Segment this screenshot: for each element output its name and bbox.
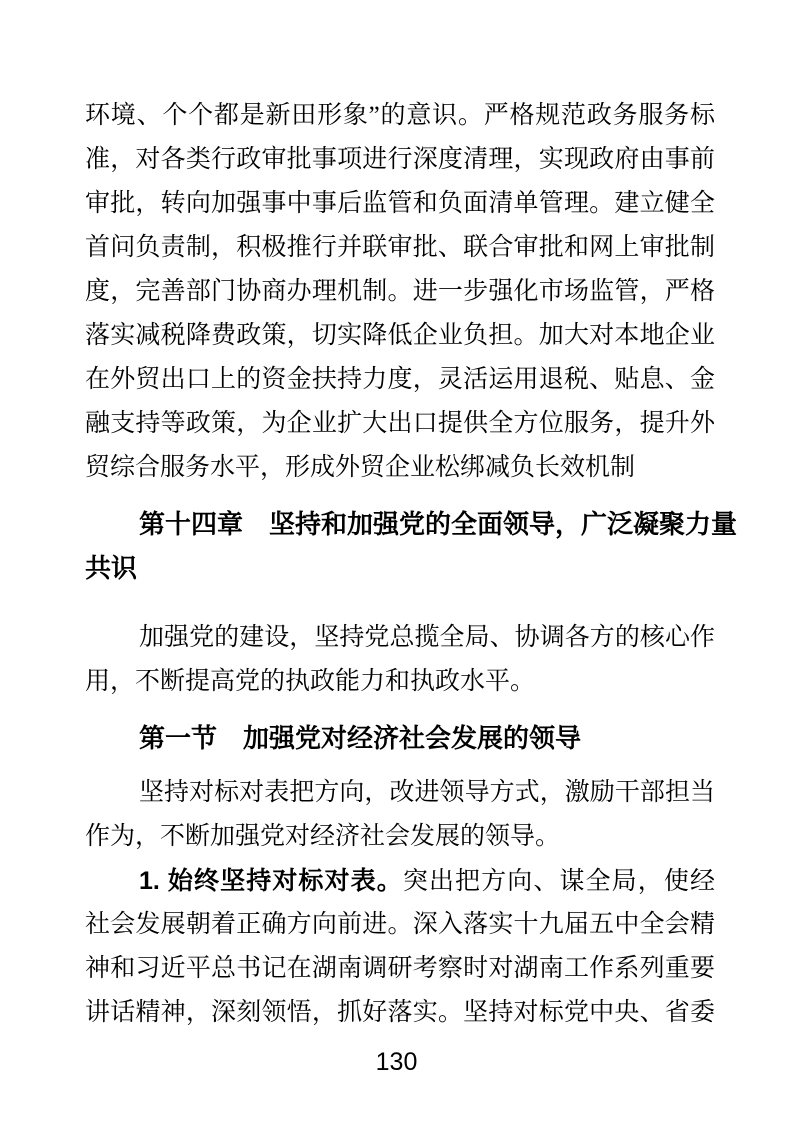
paragraph-leadership: 坚持对标对表把方向，改进领导方式，激励干部担当 作为，不断加强党对经济社会发展的… [85,771,715,859]
text-line: 落实减税降费政策，切实降低企业负担。加大对本地企业 [85,314,715,358]
bold-lead-text: 1. 始终坚持对标对表。 [139,867,403,895]
text-line: 在外贸出口上的资金扶持力度，灵活运用退税、贴息、金 [85,358,715,402]
text-line: 加强党的建设，坚持党总揽全局、协调各方的核心作 [85,616,715,660]
paragraph-benchmarking: 1. 始终坚持对标对表。突出把方向、谋全局，使经济 社会发展朝着正确方向前进。深… [85,859,715,1035]
page-number: 130 [0,1048,793,1077]
text-line: 神和习近平总书记在湖南调研考察时对湖南工作系列重要 [85,947,715,991]
chapter-heading-line: 共识 [85,546,715,590]
text-line: 社会发展朝着正确方向前进。深入落实十九届五中全会精 [85,903,715,947]
text-line: 度，完善部门协商办理机制。进一步强化市场监管，严格 [85,270,715,314]
text-line: 审批，转向加强事中事后监管和负面清单管理。建立健全 [85,182,715,226]
page-content: 环境、个个都是新田形象”的意识。严格规范政务服务标 准，对各类行政审批事项进行深… [85,94,715,1035]
section-heading: 第一节 加强党对经济社会发展的领导 [85,716,715,760]
text-line: 首问负责制，积极推行并联审批、联合审批和网上审批制 [85,226,715,270]
text-line: 贸综合服务水平，形成外贸企业松绑减负长效机制 [85,446,715,490]
text-line: 环境、个个都是新田形象”的意识。严格规范政务服务标 [85,94,715,138]
chapter-heading: 第十四章 坚持和加强党的全面领导，广泛凝聚力量 共识 [85,502,715,590]
text-line: 准，对各类行政审批事项进行深度清理，实现政府由事前 [85,138,715,182]
text-line: 融支持等政策，为企业扩大出口提供全方位服务，提升外 [85,402,715,446]
text-line: 坚持对标对表把方向，改进领导方式，激励干部担当 [85,771,715,815]
section-heading-line: 第一节 加强党对经济社会发展的领导 [85,716,715,760]
document-page: 环境、个个都是新田形象”的意识。严格规范政务服务标 准，对各类行政审批事项进行深… [0,0,793,1122]
text-line: 作为，不断加强党对经济社会发展的领导。 [85,815,715,859]
chapter-heading-line: 第十四章 坚持和加强党的全面领导，广泛凝聚力量 [85,502,715,546]
paragraph-government-services: 环境、个个都是新田形象”的意识。严格规范政务服务标 准，对各类行政审批事项进行深… [85,94,715,490]
paragraph-party-building: 加强党的建设，坚持党总揽全局、协调各方的核心作 用，不断提高党的执政能力和执政水… [85,616,715,704]
text-line: 讲话精神，深刻领悟，抓好落实。坚持对标党中央、省委 [85,991,715,1035]
text-line: 1. 始终坚持对标对表。突出把方向、谋全局，使经济 [85,859,715,903]
text-line: 用，不断提高党的执政能力和执政水平。 [85,660,715,704]
